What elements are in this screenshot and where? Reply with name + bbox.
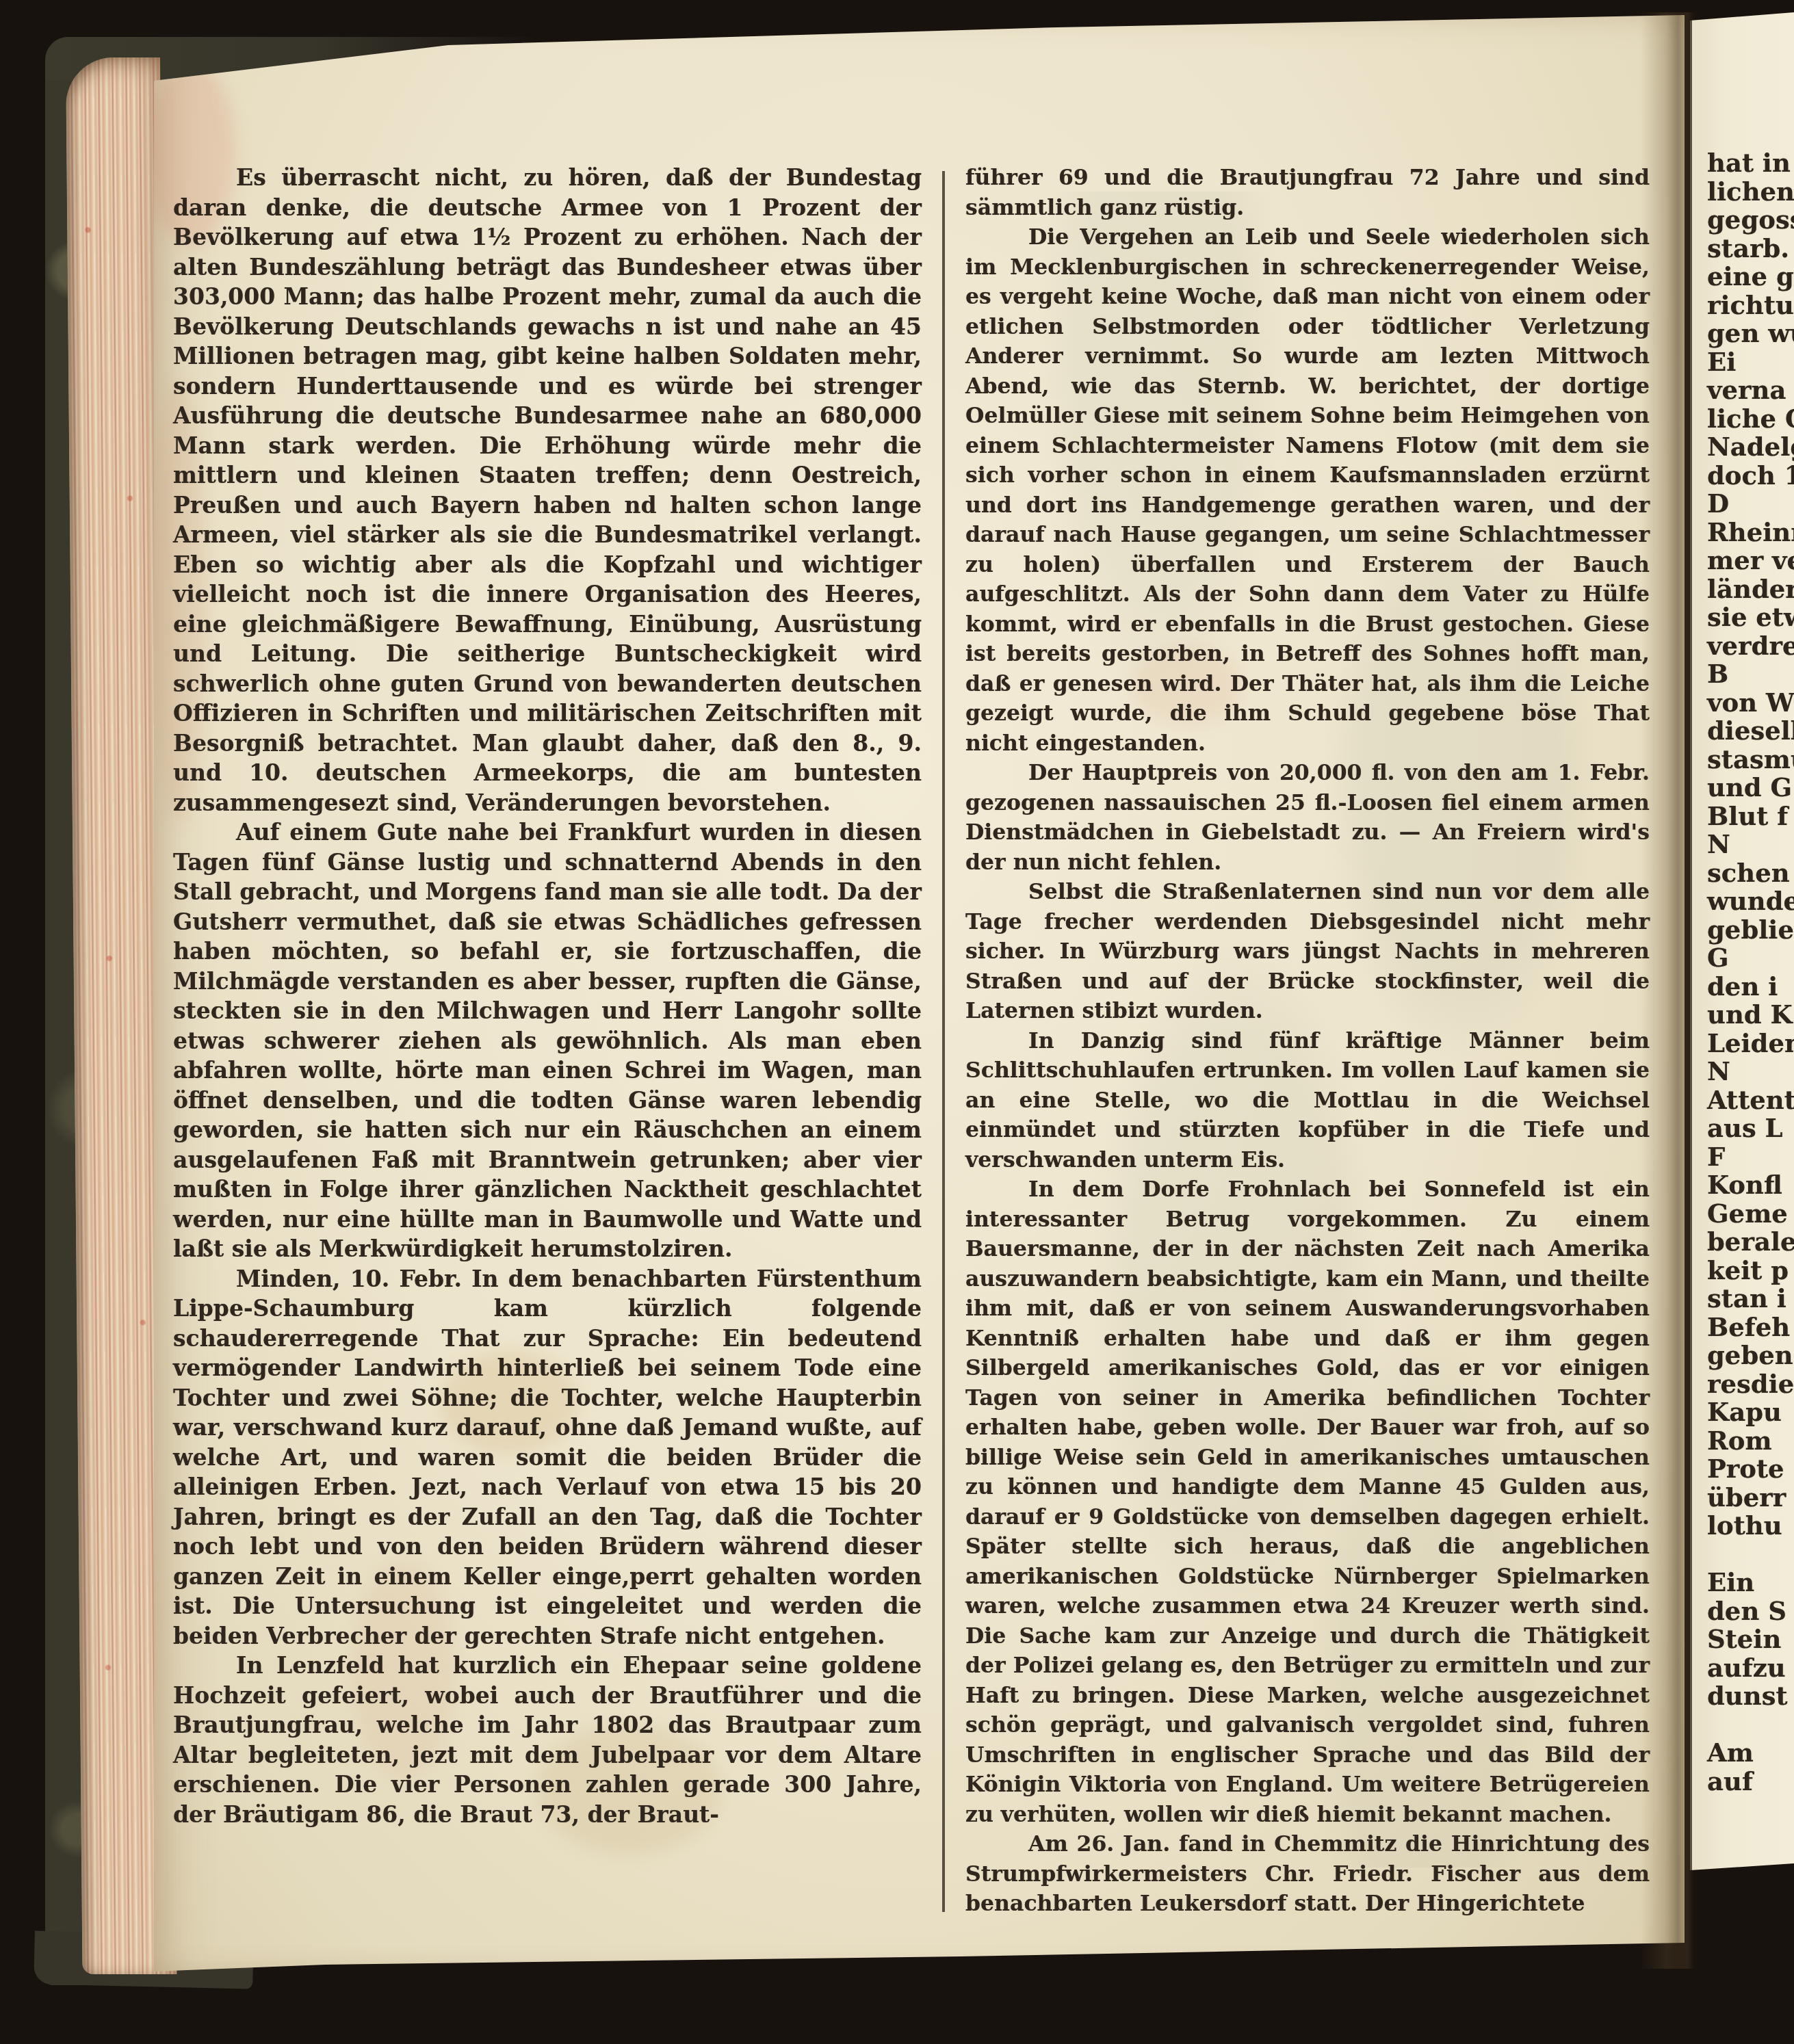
left-text-column: Es überrascht nicht, zu hören, daß der B… xyxy=(173,163,922,1829)
paragraph: Minden, 10. Febr. In dem benachbarten Fü… xyxy=(173,1264,922,1651)
text-line-fragment: Konfl xyxy=(1707,1171,1794,1200)
text-line-fragment: dunst xyxy=(1707,1682,1794,1711)
paragraph: Selbst die Straßenlaternen sind nun vor … xyxy=(965,877,1650,1026)
book-scan: Es überrascht nicht, zu hören, daß der B… xyxy=(0,0,1794,2044)
text-line-fragment: liche G xyxy=(1707,405,1794,434)
paragraph: In dem Dorfe Frohnlach bei Sonnefeld ist… xyxy=(965,1175,1650,1829)
text-line-fragment: Rom xyxy=(1707,1427,1794,1456)
text-line-fragment: doch 10 xyxy=(1707,462,1794,490)
text-line-fragment: F xyxy=(1707,1143,1794,1172)
paragraph: Auf einem Gute nahe bei Frankfurt wurden… xyxy=(173,817,922,1264)
text-line-fragment: geben xyxy=(1707,1341,1794,1370)
text-line-fragment: geblieb xyxy=(1707,916,1794,945)
text-line-fragment: schen xyxy=(1707,859,1794,888)
text-line-fragment xyxy=(1707,1711,1794,1740)
text-line-fragment: verdreh xyxy=(1707,632,1794,661)
paragraph: Der Hauptpreis von 20,000 fl. von den am… xyxy=(965,758,1650,877)
text-line-fragment: Geme xyxy=(1707,1200,1794,1229)
text-line-fragment: aus L xyxy=(1707,1114,1794,1143)
text-line-fragment: richtung xyxy=(1707,291,1794,320)
text-line-fragment: stasmu xyxy=(1707,746,1794,774)
text-line-fragment: überr xyxy=(1707,1484,1794,1512)
main-page: Es überrascht nicht, zu hören, daß der B… xyxy=(154,0,1685,1985)
text-line-fragment: hat in d xyxy=(1707,149,1794,178)
text-line-fragment: N xyxy=(1707,830,1794,859)
text-line-fragment: Nadelg xyxy=(1707,433,1794,462)
paragraph: führer 69 und die Brautjungfrau 72 Jahre… xyxy=(965,163,1650,222)
text-line-fragment: D xyxy=(1707,490,1794,519)
paragraph: In Lenzfeld hat kurzlich ein Ehepaar sei… xyxy=(173,1651,922,1829)
text-line-fragment: auf xyxy=(1707,1768,1794,1796)
text-line-fragment: berale xyxy=(1707,1228,1794,1257)
text-line-fragment: Ei xyxy=(1707,348,1794,377)
text-line-fragment: und G xyxy=(1707,774,1794,802)
column-divider-rule xyxy=(942,171,945,1912)
text-line-fragment: sie etw xyxy=(1707,603,1794,632)
text-line-fragment: den i xyxy=(1707,973,1794,1001)
middle-text-column: führer 69 und die Brautjungfrau 72 Jahre… xyxy=(965,163,1650,1919)
text-line-fragment: lothu xyxy=(1707,1512,1794,1541)
text-line-fragment: Rheinn xyxy=(1707,519,1794,547)
text-line-fragment: gegossen xyxy=(1707,206,1794,235)
text-line-fragment: gen wu xyxy=(1707,319,1794,348)
text-line-fragment: stan i xyxy=(1707,1285,1794,1313)
text-line-fragment: Blut f xyxy=(1707,802,1794,831)
facing-page-partial: hat in dlichen Kgegossenstarb.eine grric… xyxy=(1690,12,1794,1870)
text-line-fragment: wunde xyxy=(1707,887,1794,916)
text-line-fragment: Attent xyxy=(1707,1086,1794,1115)
text-line-fragment: mer ve xyxy=(1707,547,1794,575)
text-line-fragment: eine gr xyxy=(1707,263,1794,291)
text-line-fragment: Leiden xyxy=(1707,1030,1794,1058)
text-line-fragment: aufzu xyxy=(1707,1654,1794,1683)
text-line-fragment: Prote xyxy=(1707,1455,1794,1484)
text-line-fragment: N xyxy=(1707,1058,1794,1086)
gutter-crease-shadow xyxy=(1641,12,1694,1969)
text-line-fragment: keit p xyxy=(1707,1257,1794,1285)
paragraph: Am 26. Jan. fand in Chemmitz die Hinrich… xyxy=(965,1829,1650,1919)
text-line-fragment: Kapu xyxy=(1707,1398,1794,1427)
paragraph: In Danzig sind fünf kräftige Männer beim… xyxy=(965,1026,1650,1175)
text-line-fragment: B xyxy=(1707,660,1794,689)
text-line-fragment: Am xyxy=(1707,1739,1794,1768)
text-line-fragment: Stein xyxy=(1707,1625,1794,1654)
text-line-fragment: lichen K xyxy=(1707,178,1794,207)
text-line-fragment: Ein xyxy=(1707,1569,1794,1597)
text-line-fragment: starb. xyxy=(1707,235,1794,263)
text-line-fragment: resdie xyxy=(1707,1370,1794,1399)
text-line-fragment xyxy=(1707,1541,1794,1569)
text-line-fragment: von W xyxy=(1707,689,1794,718)
text-line-fragment: verna xyxy=(1707,376,1794,405)
paragraph: Es überrascht nicht, zu hören, daß der B… xyxy=(173,163,922,817)
text-line-fragment: dieselbe xyxy=(1707,717,1794,746)
paragraph: Die Vergehen an Leib und Seele wiederhol… xyxy=(965,222,1650,758)
text-line-fragment: und K xyxy=(1707,1001,1794,1030)
text-line-fragment: den S xyxy=(1707,1597,1794,1626)
text-line-fragment: G xyxy=(1707,944,1794,973)
text-line-fragment: länder xyxy=(1707,575,1794,604)
text-line-fragment: Befeh xyxy=(1707,1313,1794,1342)
facing-page-text-column: hat in dlichen Kgegossenstarb.eine grric… xyxy=(1707,149,1794,1796)
